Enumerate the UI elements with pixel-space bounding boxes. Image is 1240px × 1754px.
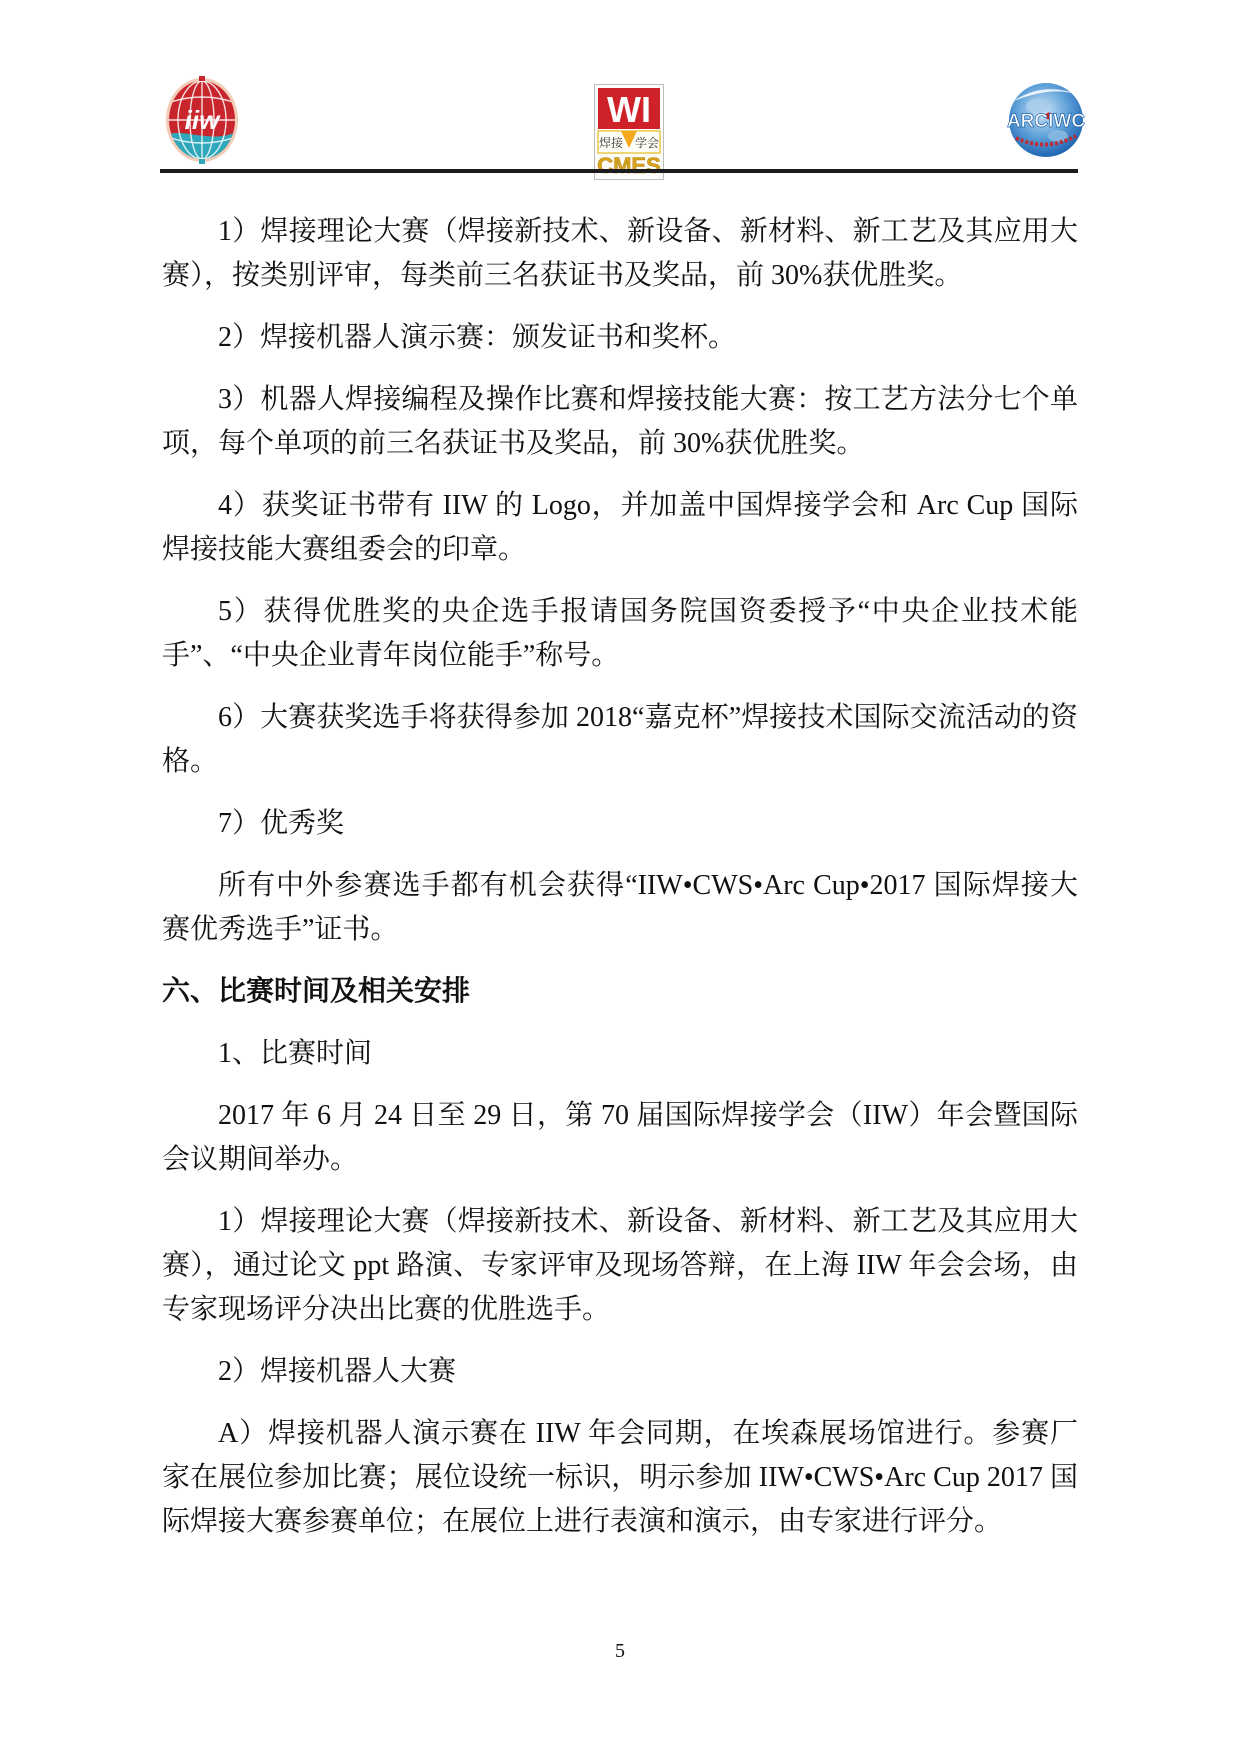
document-body: 1）焊接理论大赛（焊接新技术、新设备、新材料、新工艺及其应用大赛），按类别评审，… (162, 210, 1078, 1562)
iiw-logo-icon: iiw (164, 76, 240, 164)
excellence-award-note: 所有中外参赛选手都有机会获得“IIW•CWS•Arc Cup•2017 国际焊接… (162, 864, 1078, 952)
arciwc-logo-text: ARCIWC (1007, 111, 1085, 132)
award-item-7: 7）优秀奖 (162, 802, 1078, 846)
header-divider (160, 169, 1078, 173)
award-item-4: 4）获奖证书带有 IIW 的 Logo，并加盖中国焊接学会和 Arc Cup 国… (162, 484, 1078, 572)
subsection-1-title: 1、比赛时间 (162, 1032, 1078, 1076)
award-item-1: 1）焊接理论大赛（焊接新技术、新设备、新材料、新工艺及其应用大赛），按类别评审，… (162, 210, 1078, 298)
cmes-logo-icon: WI 焊接 学会 CMES (594, 84, 664, 180)
award-item-5: 5）获得优胜奖的央企选手报请国务院国资委授予“中央企业技术能手”、“中央企业青年… (162, 590, 1078, 678)
schedule-date: 2017 年 6 月 24 日至 29 日，第 70 届国际焊接学会（IIW）年… (162, 1094, 1078, 1182)
award-item-2: 2）焊接机器人演示赛：颁发证书和奖杯。 (162, 316, 1078, 360)
schedule-item-2: 2）焊接机器人大赛 (162, 1350, 1078, 1394)
section-6-heading: 六、比赛时间及相关安排 (162, 970, 1078, 1014)
award-item-6: 6）大赛获奖选手将获得参加 2018“嘉克杯”焊接技术国际交流活动的资格。 (162, 696, 1078, 784)
cmes-monogram-text: WI (607, 89, 651, 130)
arciwc-logo-icon: ARCIWC (1002, 80, 1090, 162)
schedule-item-2a: A）焊接机器人演示赛在 IIW 年会同期，在埃森展场馆进行。参赛厂家在展位参加比… (162, 1412, 1078, 1544)
document-page: iiw WI 焊接 学会 CMES ARCIWC 1）焊接理论大赛（焊接新技术、… (0, 0, 1240, 1754)
award-item-3: 3）机器人焊接编程及操作比赛和焊接技能大赛：按工艺方法分七个单项，每个单项的前三… (162, 378, 1078, 466)
schedule-item-1: 1）焊接理论大赛（焊接新技术、新设备、新材料、新工艺及其应用大赛），通过论文 p… (162, 1200, 1078, 1332)
page-number: 5 (0, 1638, 1240, 1664)
iiw-logo-text: iiw (185, 105, 221, 135)
cmes-band-left-text: 焊接 (599, 135, 623, 150)
cmes-acronym-text: CMES (597, 153, 661, 178)
cmes-band-right-text: 学会 (635, 136, 659, 150)
